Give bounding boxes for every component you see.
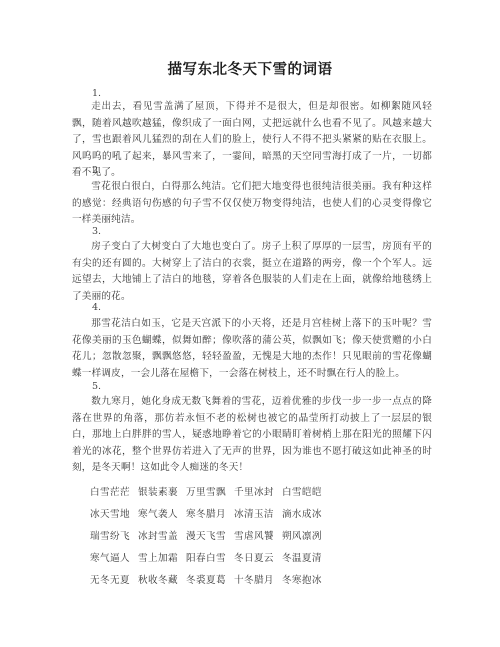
- word: 冬裘夏葛: [186, 572, 226, 586]
- word: 冬温夏清: [282, 550, 322, 564]
- word-list: 白雪茫茫 银装素裹 万里雪飘 千里冰封 白雪皑皑 冰天雪地 寒气袭人 寒冬腊月 …: [90, 480, 430, 590]
- section-number-4: 4.: [92, 302, 101, 313]
- word: 十冬腊月: [234, 572, 274, 586]
- section-number-1: 1.: [92, 88, 101, 99]
- section-number-2: 2.: [92, 165, 101, 176]
- word: 阳春白雪: [186, 550, 226, 564]
- word: 秋收冬藏: [138, 572, 178, 586]
- section-paragraph-2: 雪花很白很白，白得那么纯洁。它们把大地变得也很纯洁很美丽。我有种这样的感觉：经典…: [72, 179, 432, 229]
- word: 雪上加霜: [138, 550, 178, 564]
- word: 冰清玉洁: [234, 506, 274, 520]
- section-paragraph-1: 走出去，看见雪盖满了屋顶，下得并不是很大，但是却很密。如柳絮随风轻飘，随着风越吹…: [72, 99, 432, 182]
- section-paragraph-4: 那雪花洁白如玉，它是天宫派下的小天将，还是月宫桂树上落下的玉叶呢？雪花像美丽的玉…: [72, 316, 432, 382]
- word: 寒冬腊月: [186, 506, 226, 520]
- word: 冬寒抱冰: [282, 572, 322, 586]
- word: 寒气逼人: [90, 550, 130, 564]
- document-page: 描写东北冬天下雪的词语 1. 走出去，看见雪盖满了屋顶，下得并不是很大，但是却很…: [0, 0, 500, 647]
- word: 瑞雪纷飞: [90, 528, 130, 542]
- section-number-5: 5.: [92, 381, 101, 392]
- word: 朔风凛冽: [282, 528, 322, 542]
- word-row: 无冬无夏 秋收冬藏 冬裘夏葛 十冬腊月 冬寒抱冰: [90, 568, 430, 590]
- word: 雪虐风饕: [234, 528, 274, 542]
- section-paragraph-3: 房子变白了大树变白了大地也变白了。房子上积了厚厚的一层雪，房顶有平的有尖的还有圆…: [72, 239, 432, 305]
- word-row: 瑞雪纷飞 冰封雪盖 漫天飞雪 雪虐风饕 朔风凛冽: [90, 524, 430, 546]
- section-number-3: 3.: [92, 226, 101, 237]
- word: 白雪茫茫: [90, 484, 130, 498]
- document-title: 描写东北冬天下雪的词语: [0, 58, 500, 79]
- word: 漫天飞雪: [186, 528, 226, 542]
- word: 滴水成冰: [282, 506, 322, 520]
- word: 白雪皑皑: [282, 484, 322, 498]
- word-row: 白雪茫茫 银装素裹 万里雪飘 千里冰封 白雪皑皑: [90, 480, 430, 502]
- word: 冬日夏云: [234, 550, 274, 564]
- word: 银装素裹: [138, 484, 178, 498]
- word-row: 寒气逼人 雪上加霜 阳春白雪 冬日夏云 冬温夏清: [90, 546, 430, 568]
- word-row: 冰天雪地 寒气袭人 寒冬腊月 冰清玉洁 滴水成冰: [90, 502, 430, 524]
- word: 冰封雪盖: [138, 528, 178, 542]
- word: 无冬无夏: [90, 572, 130, 586]
- section-paragraph-5: 数九寒月，她化身成无数飞舞着的雪花，迈着优雅的步伐一步一步一点点的降落在世界的角…: [72, 394, 432, 477]
- word: 冰天雪地: [90, 506, 130, 520]
- word: 千里冰封: [234, 484, 274, 498]
- word: 寒气袭人: [138, 506, 178, 520]
- word: 万里雪飘: [186, 484, 226, 498]
